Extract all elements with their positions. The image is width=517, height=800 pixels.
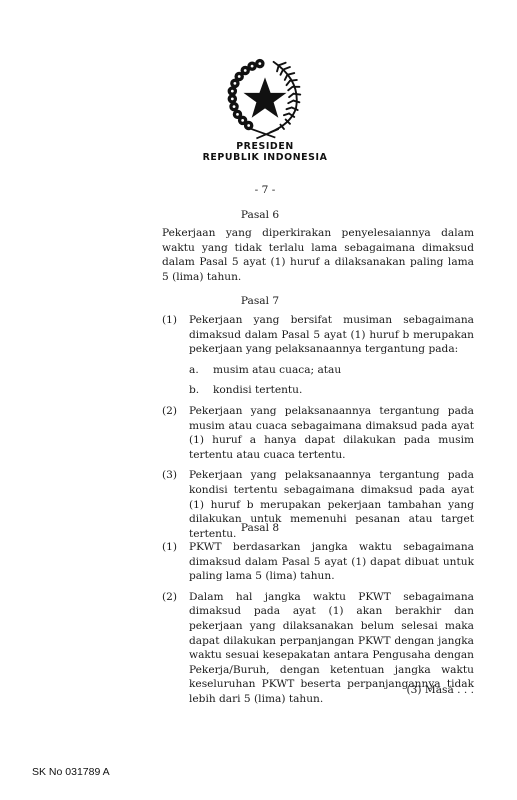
ayat-text: Pekerjaan yang bersifat musiman sebagaim…	[189, 313, 474, 357]
pasal-6-text: Pekerjaan yang diperkirakan penyelesaian…	[162, 226, 474, 284]
ayat-label: (2)	[162, 590, 177, 605]
document-page: PRESIDEN REPUBLIK INDONESIA - 7 - Pasal …	[0, 0, 517, 800]
pasal-7-body: (1) Pekerjaan yang bersifat musiman seba…	[162, 313, 474, 541]
ayat-text: PKWT berdasarkan jangka waktu sebagaiman…	[189, 540, 474, 584]
pasal-7-title: Pasal 7	[160, 294, 360, 309]
ayat-label: (2)	[162, 404, 177, 419]
serial-number: SK No 031789 A	[32, 766, 110, 778]
pasal-6-title: Pasal 6	[160, 208, 360, 223]
ayat-label: (3)	[162, 468, 177, 483]
header-president: PRESIDEN	[150, 141, 380, 152]
pasal-7-ayat-1-b: b. kondisi tertentu.	[189, 383, 474, 398]
presidential-seal-icon	[222, 55, 308, 141]
sub-text: kondisi tertentu.	[213, 384, 302, 396]
pasal-8-title: Pasal 8	[160, 521, 360, 536]
pasal-8-body: (1) PKWT berdasarkan jangka waktu sebaga…	[162, 540, 474, 707]
header-republic: REPUBLIK INDONESIA	[150, 152, 380, 163]
page-number: - 7 -	[160, 183, 370, 198]
ayat-text: Pekerjaan yang pelaksanaannya tergantung…	[189, 404, 474, 462]
pasal-7-ayat-1: (1) Pekerjaan yang bersifat musiman seba…	[162, 313, 474, 398]
pasal-7-ayat-1-a: a. musim atau cuaca; atau	[189, 363, 474, 378]
pasal-8-ayat-1: (1) PKWT berdasarkan jangka waktu sebaga…	[162, 540, 474, 584]
pasal-6-body: Pekerjaan yang diperkirakan penyelesaian…	[162, 226, 474, 284]
catchword: (3) Masa . . .	[407, 683, 475, 698]
pasal-7-ayat-2: (2) Pekerjaan yang pelaksanaannya tergan…	[162, 404, 474, 462]
sub-label: a.	[189, 363, 199, 378]
sub-label: b.	[189, 383, 199, 398]
sub-text: musim atau cuaca; atau	[213, 364, 341, 376]
ayat-label: (1)	[162, 540, 177, 555]
ayat-label: (1)	[162, 313, 177, 328]
